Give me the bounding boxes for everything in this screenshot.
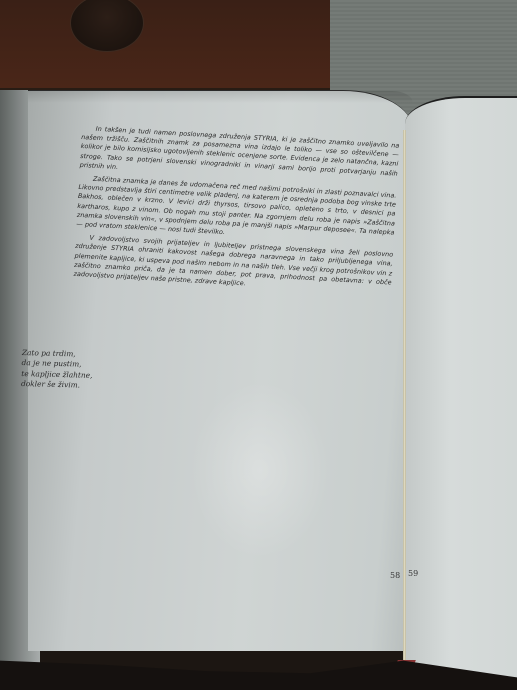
- wooden-box: [0, 0, 330, 88]
- photo-scene: In takšen je tudi namen poslovnega združ…: [0, 0, 517, 690]
- right-page: [405, 96, 517, 678]
- book-gutter: [403, 130, 406, 660]
- light-glare: [190, 380, 330, 560]
- body-text: In takšen je tudi namen poslovnega združ…: [73, 124, 399, 301]
- verse-line: dokler še živim.: [21, 379, 92, 391]
- page-number-right: 59: [408, 569, 418, 578]
- verse: Zato pa trdim, da je ne pustim, te kaplj…: [21, 348, 93, 391]
- medallion-emblem-icon: [70, 0, 144, 52]
- page-number-left: 58: [390, 571, 400, 580]
